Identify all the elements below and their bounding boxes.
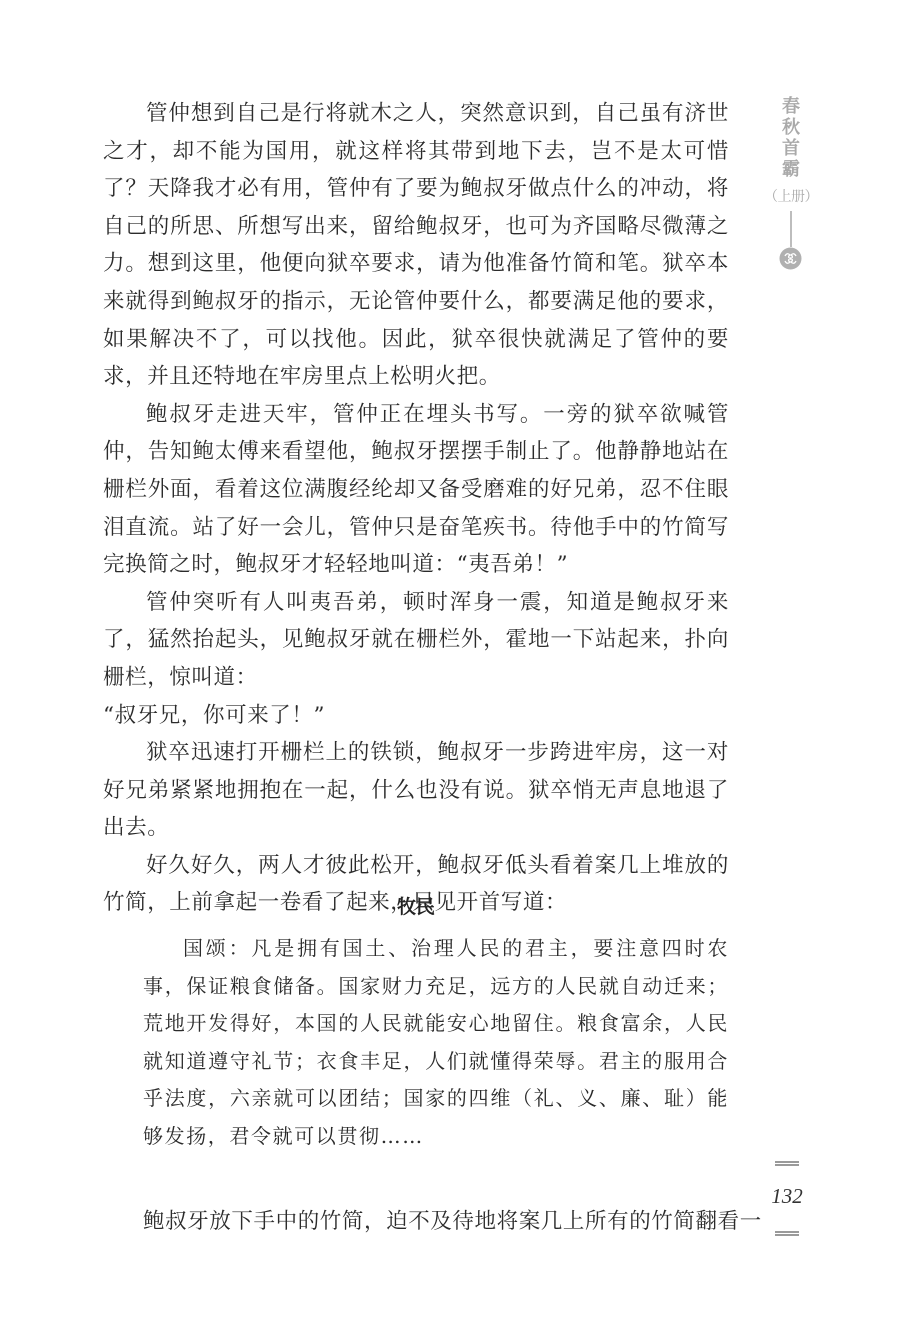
quote-block: 国颂：凡是拥有国土、治理人民的君主，要注意四时农事，保证粮食储备。国家财力充足，… [143,930,729,1155]
title-char: 秋 [776,117,806,138]
book-page: 管仲想到自己是行将就木之人，突然意识到，自己虽有济世之才，却不能为国用，就这样将… [0,0,913,1338]
paragraph: 管仲想到自己是行将就木之人，突然意识到，自己虽有济世之才，却不能为国用，就这样将… [103,95,729,396]
running-head-title: 春 秋 首 霸 [776,96,806,180]
paragraph: 鲍叔牙走进天牢，管仲正在埋头书写。一旁的狱卒欲喊管仲，告知鲍太傅来看望他，鲍叔牙… [103,396,729,584]
quote-title: 牧民 [103,892,729,919]
page-number-rule-bottom [775,1231,799,1236]
title-char: 首 [776,138,806,159]
page-number-rule-top [775,1161,799,1166]
swirl-medallion-icon [779,247,802,270]
page-number: 132 [764,1184,810,1209]
paragraph: 管仲突听有人叫夷吾弟，顿时浑身一震，知道是鲍叔牙来了，猛然抬起头，见鲍叔牙就在栅… [103,584,729,697]
paragraph-dialogue: “叔牙兄，你可来了！” [103,697,729,735]
title-char: 霸 [776,159,806,180]
running-head-divider [790,211,792,247]
quote-paragraph: 国颂：凡是拥有国土、治理人民的君主，要注意四时农事，保证粮食储备。国家财力充足，… [143,930,729,1155]
running-head-volume: （上册） [764,186,818,206]
paragraph: 狱卒迅速打开栅栏上的铁锁，鲍叔牙一步跨进牢房，这一对好兄弟紧紧地拥抱在一起，什么… [103,734,729,847]
title-char: 春 [776,96,806,117]
closing-paragraph: 鲍叔牙放下手中的竹简，迫不及待地将案几上所有的竹简翻看一 [143,1203,733,1241]
body-text: 管仲想到自己是行将就木之人，突然意识到，自己虽有济世之才，却不能为国用，就这样将… [103,95,729,922]
